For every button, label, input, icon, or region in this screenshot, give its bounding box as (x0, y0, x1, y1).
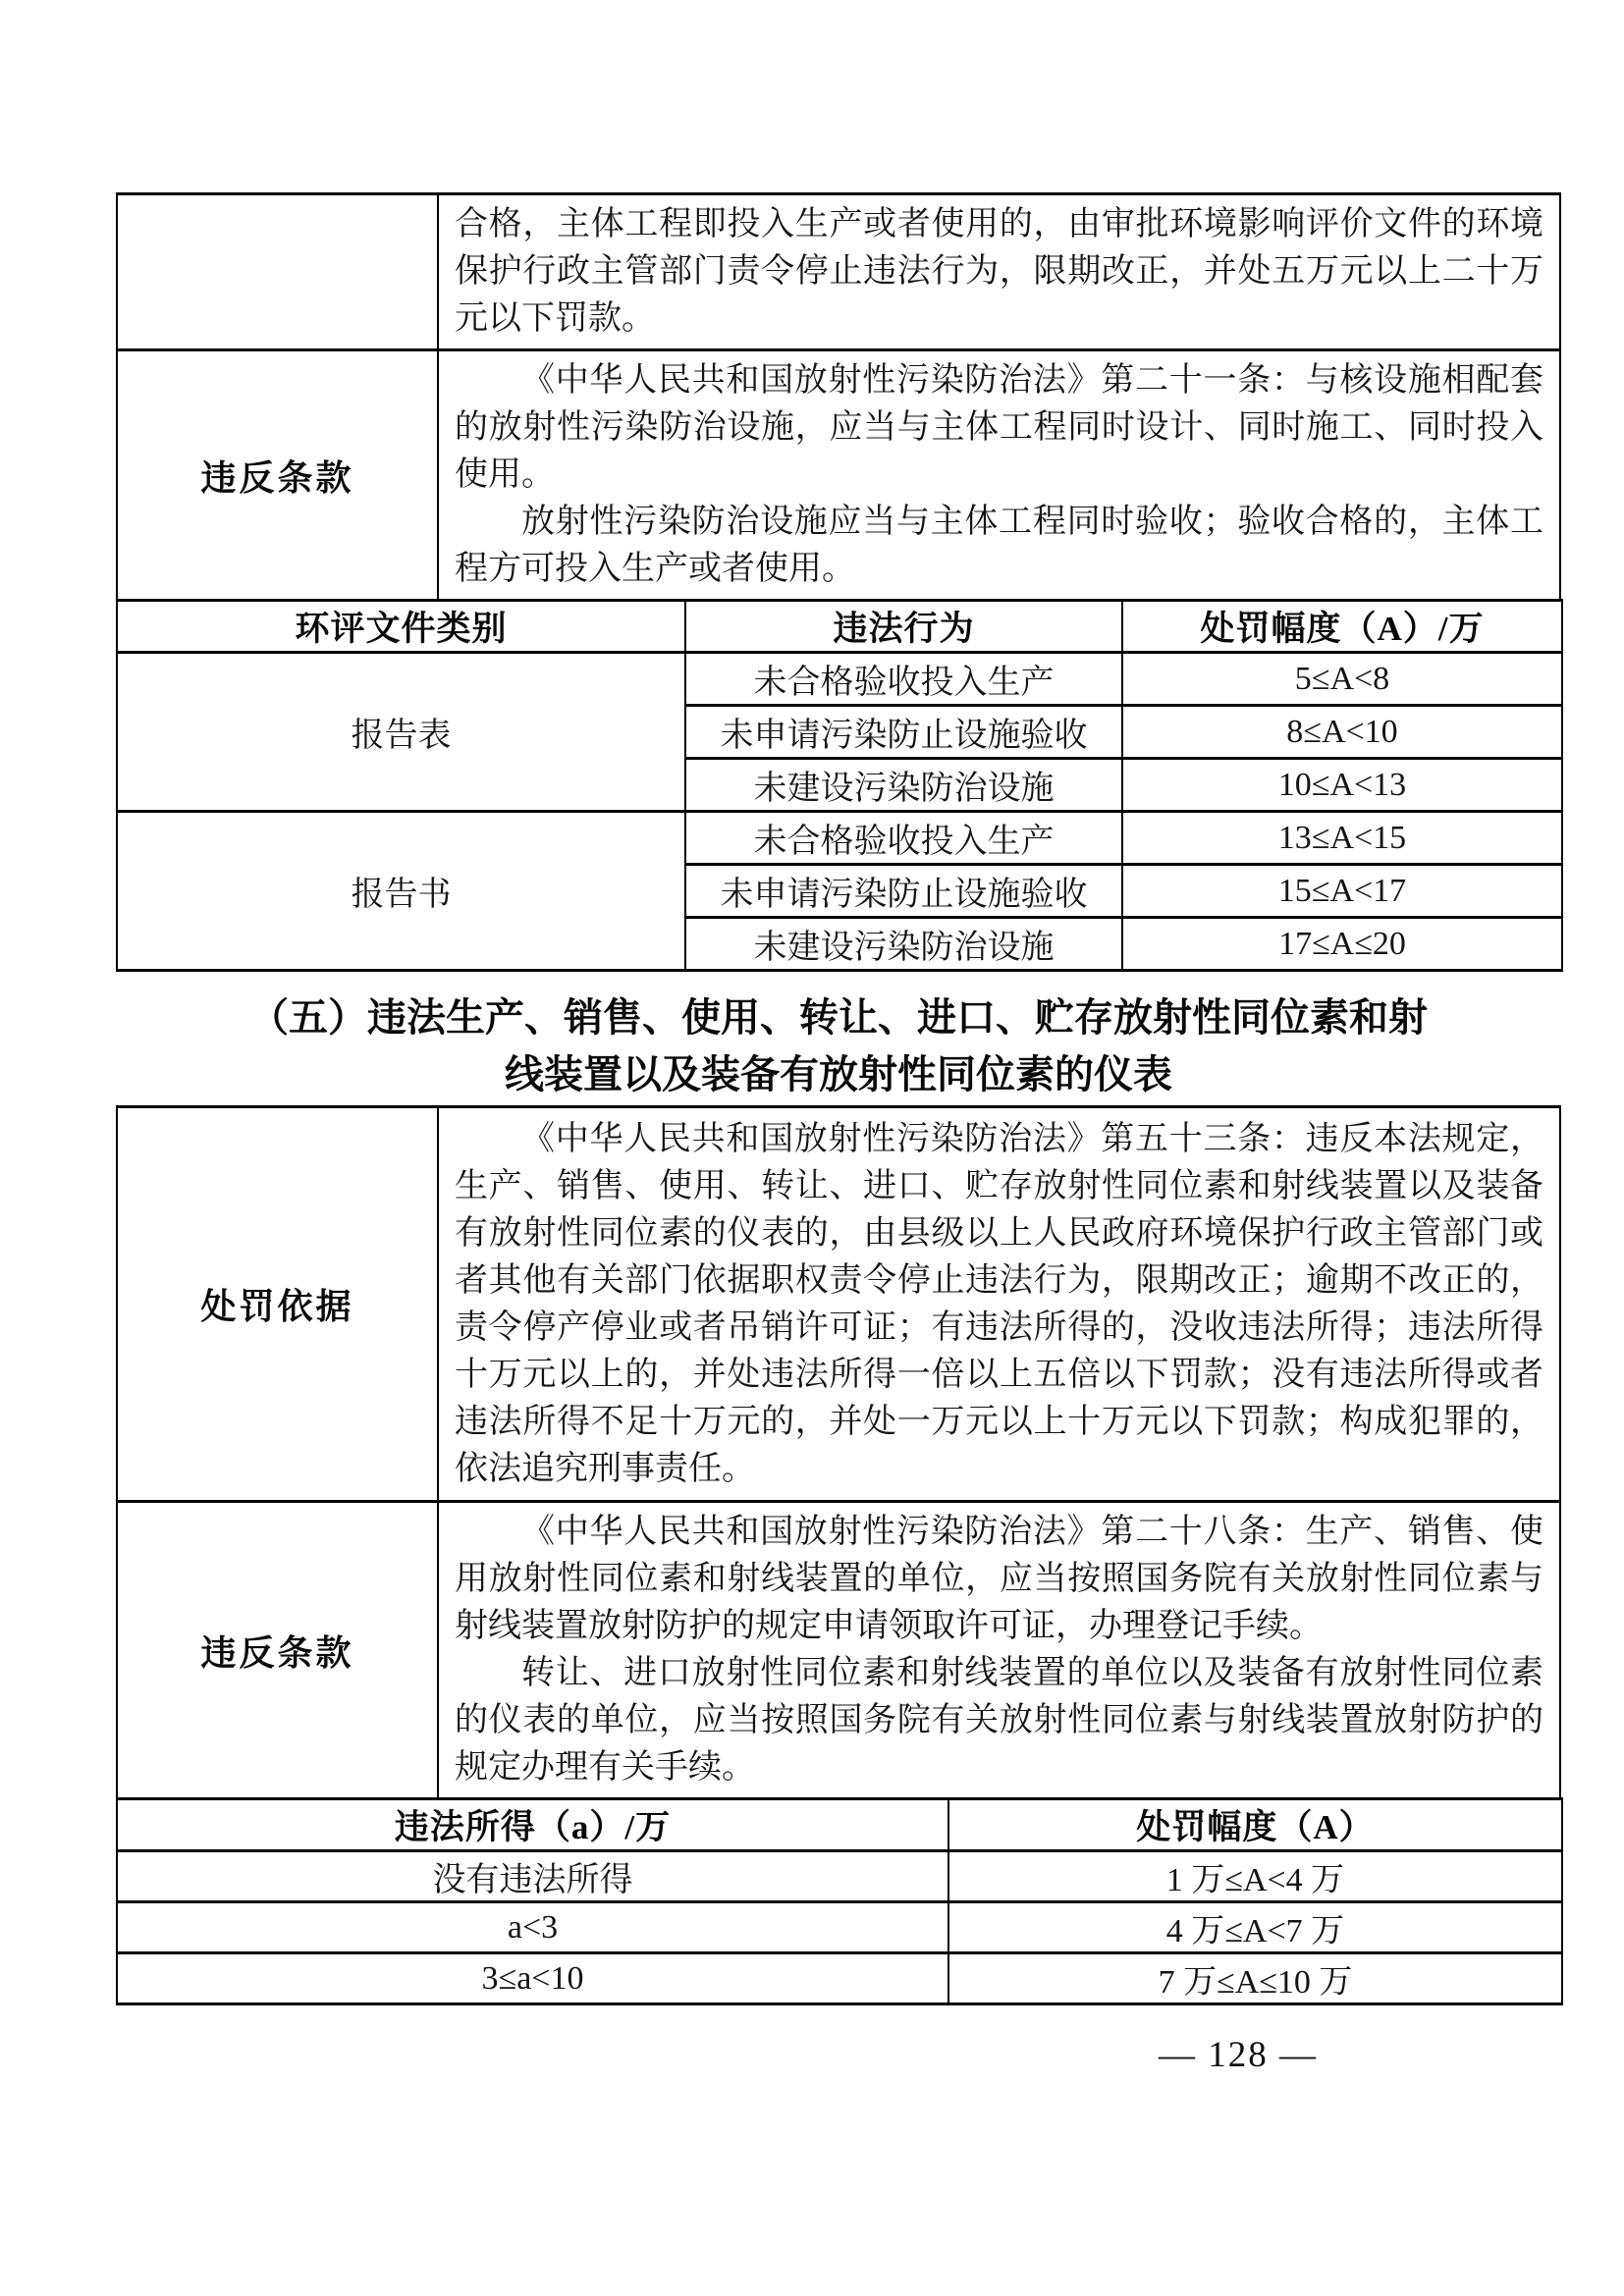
penalty-basis-cell: 《中华人民共和国放射性污染防治法》第五十三条：违反本法规定，生产、销售、使用、转… (438, 1107, 1560, 1502)
range-cell: 1 万≤A<4 万 (948, 1851, 1562, 1902)
range-cell: 17≤A≤20 (1122, 918, 1562, 971)
table-row: a<3 4 万≤A<7 万 (117, 1902, 1562, 1953)
penalty-basis-continued-cell: 合格，主体工程即投入生产或者使用的，由审批环境影响评价文件的环境保护行政主管部门… (438, 194, 1560, 350)
row-label-empty (117, 194, 438, 350)
violated-clause-label: 违反条款 (117, 350, 438, 601)
range-cell: 10≤A<13 (1122, 759, 1562, 812)
section-5-heading: （五）违法生产、销售、使用、转让、进口、贮存放射性同位素和射 线装置以及装备有放… (116, 989, 1561, 1103)
eia-penalty-table: 环评文件类别 违法行为 处罚幅度（A）/万 报告表 未合格验收投入生产 5≤A<… (116, 599, 1563, 972)
behavior-cell: 未建设污染防治设施 (685, 759, 1122, 812)
table-row: 3≤a<10 7 万≤A≤10 万 (117, 1953, 1562, 2004)
penalty-basis-label: 处罚依据 (117, 1107, 438, 1502)
income-cell: 3≤a<10 (117, 1953, 948, 2004)
page-number: — 128 — (1159, 2034, 1318, 2077)
range-cell: 7 万≤A≤10 万 (948, 1953, 1562, 2004)
violated-clause-cell: 《中华人民共和国放射性污染防治法》第二十一条：与核设施相配套的放射性污染防治设施… (438, 350, 1560, 601)
clause-paragraph-2: 放射性污染防治设施应当与主体工程同时验收；验收合格的，主体工程方可投入生产或者使… (455, 499, 1543, 593)
violated-clause-label: 违反条款 (117, 1502, 438, 1799)
range-cell: 4 万≤A<7 万 (948, 1902, 1562, 1953)
clause-paragraph-1: 《中华人民共和国放射性污染防治法》第二十八条：生产、销售、使用放射性同位素和射线… (455, 1509, 1543, 1650)
table-row: 报告书 未合格验收投入生产 13≤A<15 (117, 812, 1562, 865)
section-5-table: 处罚依据 《中华人民共和国放射性污染防治法》第五十三条：违反本法规定，生产、销售… (116, 1105, 1561, 2005)
clause-paragraph-2: 转让、进口放射性同位素和射线装置的单位以及装备有放射性同位素的仪表的单位，应当按… (455, 1650, 1543, 1791)
section5-outer-table: 处罚依据 《中华人民共和国放射性污染防治法》第五十三条：违反本法规定，生产、销售… (116, 1105, 1561, 1800)
header-range: 处罚幅度（A） (948, 1799, 1562, 1851)
header-behavior: 违法行为 (685, 601, 1122, 653)
behavior-cell: 未申请污染防止设施验收 (685, 865, 1122, 918)
penalty-basis-paragraph: 《中华人民共和国放射性污染防治法》第五十三条：违反本法规定，生产、销售、使用、转… (455, 1116, 1543, 1493)
penalty-basis-continued-row: 合格，主体工程即投入生产或者使用的，由审批环境影响评价文件的环境保护行政主管部门… (117, 194, 1560, 350)
range-cell: 5≤A<8 (1122, 653, 1562, 706)
continuation-table-section: 合格，主体工程即投入生产或者使用的，由审批环境影响评价文件的环境保护行政主管部门… (116, 192, 1561, 972)
income-penalty-header-row: 违法所得（a）/万 处罚幅度（A） (117, 1799, 1562, 1851)
behavior-cell: 未建设污染防治设施 (685, 918, 1122, 971)
eia-penalty-header-row: 环评文件类别 违法行为 处罚幅度（A）/万 (117, 601, 1562, 653)
income-cell: a<3 (117, 1902, 948, 1953)
income-penalty-table: 违法所得（a）/万 处罚幅度（A） 没有违法所得 1 万≤A<4 万 a<3 4… (116, 1797, 1563, 2005)
range-cell: 15≤A<17 (1122, 865, 1562, 918)
clause-paragraph-1: 《中华人民共和国放射性污染防治法》第二十一条：与核设施相配套的放射性污染防治设施… (455, 357, 1543, 499)
category-report-book: 报告书 (117, 812, 685, 971)
income-cell: 没有违法所得 (117, 1851, 948, 1902)
category-report-form: 报告表 (117, 653, 685, 812)
document-page: 合格，主体工程即投入生产或者使用的，由审批环境影响评价文件的环境保护行政主管部门… (0, 0, 1624, 2296)
range-cell: 8≤A<10 (1122, 706, 1562, 759)
header-category: 环评文件类别 (117, 601, 685, 653)
penalty-basis-row: 处罚依据 《中华人民共和国放射性污染防治法》第五十三条：违反本法规定，生产、销售… (117, 1107, 1560, 1502)
behavior-cell: 未合格验收投入生产 (685, 653, 1122, 706)
continuation-outer-table: 合格，主体工程即投入生产或者使用的，由审批环境影响评价文件的环境保护行政主管部门… (116, 192, 1561, 602)
violated-clause-row: 违反条款 《中华人民共和国放射性污染防治法》第二十一条：与核设施相配套的放射性污… (117, 350, 1560, 601)
continued-paragraph: 合格，主体工程即投入生产或者使用的，由审批环境影响评价文件的环境保护行政主管部门… (455, 201, 1543, 343)
table-row: 没有违法所得 1 万≤A<4 万 (117, 1851, 1562, 1902)
range-cell: 13≤A<15 (1122, 812, 1562, 865)
violated-clause-cell: 《中华人民共和国放射性污染防治法》第二十八条：生产、销售、使用放射性同位素和射线… (438, 1502, 1560, 1799)
violated-clause-row: 违反条款 《中华人民共和国放射性污染防治法》第二十八条：生产、销售、使用放射性同… (117, 1502, 1560, 1799)
table-row: 报告表 未合格验收投入生产 5≤A<8 (117, 653, 1562, 706)
behavior-cell: 未合格验收投入生产 (685, 812, 1122, 865)
header-illegal-income: 违法所得（a）/万 (117, 1799, 948, 1851)
behavior-cell: 未申请污染防止设施验收 (685, 706, 1122, 759)
header-range: 处罚幅度（A）/万 (1122, 601, 1562, 653)
section-5-heading-line2: 线装置以及装备有放射性同位素的仪表 (505, 1052, 1172, 1096)
section-5-heading-line1: （五）违法生产、销售、使用、转让、进口、贮存放射性同位素和射 (249, 995, 1428, 1040)
